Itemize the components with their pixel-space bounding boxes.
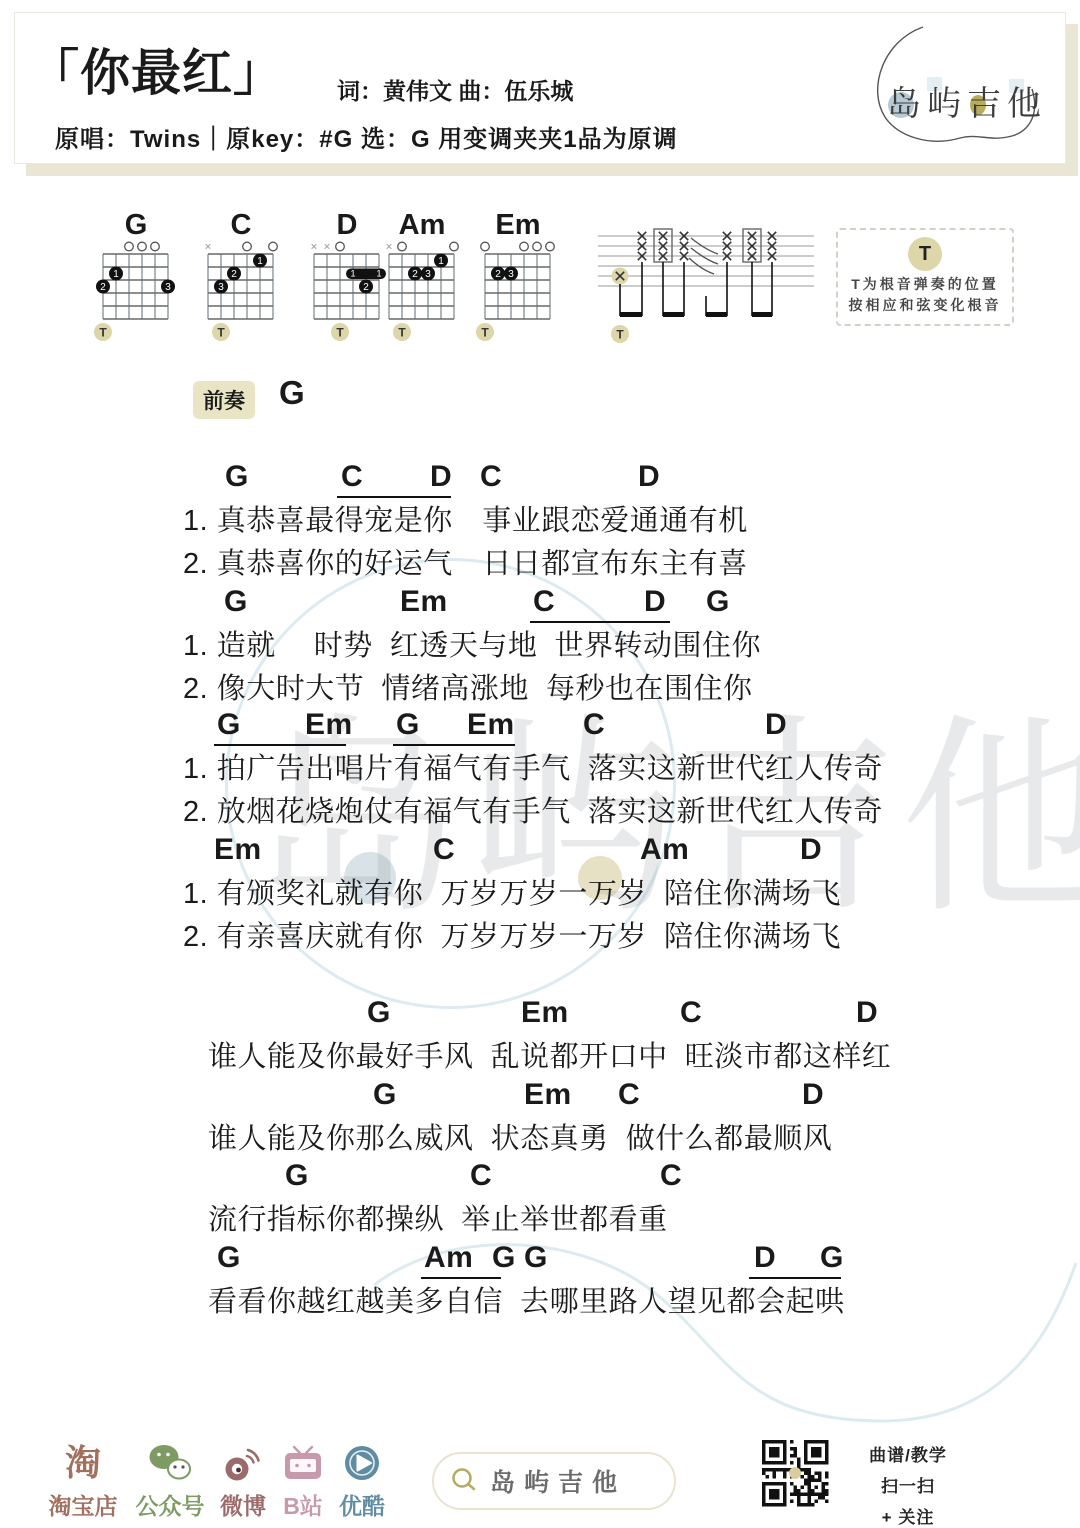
- rhythm-pattern: T: [596, 224, 826, 346]
- chord-label: Em: [521, 996, 569, 1030]
- svg-text:×: ×: [385, 240, 392, 254]
- social-link-wechat[interactable]: 公众号: [128, 1438, 212, 1521]
- chord-label: D: [800, 833, 822, 867]
- song-title: 「你最红」: [29, 33, 284, 105]
- qr-caption-line1: 曲谱/教学: [848, 1440, 968, 1471]
- t-note-line2: 按相应和弦变化根音: [838, 295, 1012, 315]
- chord-label: Am: [640, 833, 689, 867]
- svg-text:2: 2: [100, 282, 106, 293]
- qr-caption-line2: 扫一扫: [848, 1471, 968, 1502]
- svg-text:T: T: [616, 328, 624, 342]
- t-badge: T: [908, 237, 942, 271]
- chord-label: Em: [467, 708, 515, 742]
- search-icon: [450, 1466, 480, 1496]
- chord-label: Am: [424, 1241, 473, 1275]
- chord-diagram-G: G123T: [90, 210, 182, 349]
- search-text: 岛屿吉他: [490, 1463, 626, 1499]
- svg-text:3: 3: [165, 282, 171, 293]
- chord-label: C: [618, 1078, 640, 1112]
- chord-label: G: [373, 1078, 397, 1112]
- chord-label: G: [217, 708, 241, 742]
- social-label[interactable]: 公众号: [128, 1488, 212, 1521]
- chord-label: C: [533, 585, 555, 619]
- lyric-line: 2. 放烟花烧炮仗有福气有手气 落实这新世代红人传奇: [183, 789, 883, 830]
- svg-text:3: 3: [425, 269, 431, 280]
- social-label[interactable]: 淘宝店: [41, 1488, 125, 1521]
- chord-label: Em: [400, 585, 448, 619]
- chord-grid: 23T: [472, 240, 564, 344]
- root-note-legend: T T为根音弹奏的位置 按相应和弦变化根音: [836, 228, 1014, 326]
- chord-label: G: [524, 1241, 548, 1275]
- svg-text:T: T: [217, 326, 225, 340]
- chord-grid: 123T: [90, 240, 182, 344]
- chord-label: D: [430, 460, 452, 494]
- intro-chord: G: [279, 374, 305, 412]
- weibo-icon: [220, 1441, 266, 1485]
- lyric-line: 流行指标你都操纵 举止举世都看重: [208, 1197, 668, 1238]
- svg-text:3: 3: [218, 282, 224, 293]
- svg-text:2: 2: [363, 282, 369, 293]
- chord-label: C: [341, 460, 363, 494]
- lyric-line: 谁人能及你最好手风 乱说都开口中 旺淡市都这样红: [208, 1034, 891, 1075]
- youku-icon: [339, 1441, 385, 1485]
- intro-label: 前奏: [193, 381, 255, 419]
- chord-label: C: [433, 833, 455, 867]
- lyric-section: GCDCD1. 真恭喜最得宠是你 事业跟恋爱通通有机2. 真恭喜你的好运气 日日…: [0, 460, 1080, 590]
- chord-label: Em: [214, 833, 262, 867]
- social-link-youku[interactable]: 优酷: [320, 1438, 404, 1521]
- lyric-section: GAmGGDG看看你越红越美多自信 去哪里路人望见都会起哄: [0, 1241, 1080, 1371]
- chord-label: G: [285, 1159, 309, 1193]
- chord-diagram-name: Am: [376, 210, 468, 240]
- taobao-icon: 淘: [65, 1439, 101, 1487]
- song-meta: 原唱：Twins｜原key：#G 选：G 用变调夹夹1品为原调: [55, 119, 678, 154]
- chord-label: C: [470, 1159, 492, 1193]
- svg-text:1: 1: [438, 256, 444, 267]
- chord-diagram-C: C×123T: [195, 210, 287, 349]
- chord-grid: ×123T: [376, 240, 468, 344]
- lyric-section: EmCAmD1. 有颁奖礼就有你 万岁万岁一万岁 陪住你满场飞2. 有亲喜庆就有…: [0, 833, 1080, 963]
- chord-label: G: [492, 1241, 516, 1275]
- social-label[interactable]: 优酷: [320, 1488, 404, 1521]
- chord-label: D: [856, 996, 878, 1030]
- chord-label: D: [765, 708, 787, 742]
- svg-text:×: ×: [310, 240, 317, 254]
- chord-label: D: [802, 1078, 824, 1112]
- svg-text:1: 1: [350, 269, 355, 279]
- qr-code: [762, 1440, 830, 1508]
- lyric-section: GEmGEmCD1. 拍广告出唱片有福气有手气 落实这新世代红人传奇2. 放烟花…: [0, 708, 1080, 838]
- header-box: 「你最红」 词：黄伟文 曲：伍乐城 原唱：Twins｜原key：#G 选：G 用…: [14, 12, 1066, 164]
- chord-diagram-name: C: [195, 210, 287, 240]
- chord-label: G: [217, 1241, 241, 1275]
- chord-label: G: [706, 585, 730, 619]
- svg-text:2: 2: [231, 269, 237, 280]
- svg-text:3: 3: [508, 269, 514, 280]
- social-link-taobao[interactable]: 淘淘宝店: [41, 1438, 125, 1521]
- chord-label: G: [396, 708, 420, 742]
- chord-label: D: [754, 1241, 776, 1275]
- chord-sheet-page: 岛屿吉他 「你最红」 词：黄伟文 曲：伍乐城 原唱：Twins｜原key：#G …: [0, 0, 1080, 1528]
- chord-diagram-Am: Am×123T: [376, 210, 468, 349]
- lyric-line: 1. 有颁奖礼就有你 万岁万岁一万岁 陪住你满场飞: [183, 871, 841, 912]
- svg-text:1: 1: [113, 269, 119, 280]
- lyric-line: 2. 有亲喜庆就有你 万岁万岁一万岁 陪住你满场飞: [183, 914, 841, 955]
- search-box[interactable]: 岛屿吉他: [432, 1452, 676, 1510]
- chord-label: G: [224, 585, 248, 619]
- logo-text: 岛屿吉他: [887, 85, 1047, 123]
- chord-label: D: [638, 460, 660, 494]
- chord-label: C: [583, 708, 605, 742]
- svg-text:T: T: [336, 326, 344, 340]
- chord-label: C: [680, 996, 702, 1030]
- brand-logo: 岛屿吉他: [861, 19, 1051, 159]
- chord-diagram-name: Em: [472, 210, 564, 240]
- svg-text:T: T: [481, 326, 489, 340]
- lyric-line: 1. 真恭喜最得宠是你 事业跟恋爱通通有机: [183, 498, 748, 539]
- qr-caption: 曲谱/教学 扫一扫 + 关注: [848, 1440, 968, 1528]
- svg-text:T: T: [99, 326, 107, 340]
- qr-caption-line3: + 关注: [848, 1502, 968, 1528]
- svg-text:1: 1: [257, 256, 263, 267]
- chord-label: C: [480, 460, 502, 494]
- svg-text:×: ×: [323, 240, 330, 254]
- chord-label: Em: [524, 1078, 572, 1112]
- song-credits: 词：黄伟文 曲：伍乐城: [337, 73, 573, 106]
- chord-diagram-Em: Em23T: [472, 210, 564, 349]
- t-note-line1: T为根音弹奏的位置: [838, 274, 1012, 294]
- chord-label: G: [225, 460, 249, 494]
- lyric-line: 看看你越红越美多自信 去哪里路人望见都会起哄: [208, 1279, 845, 1320]
- chord-grid: ×123T: [195, 240, 287, 344]
- svg-text:×: ×: [204, 240, 211, 254]
- lyric-section: GEmCDG1. 造就 时势 红透天与地 世界转动围住你2. 像大时大节 情绪高…: [0, 585, 1080, 715]
- chord-label: D: [644, 585, 666, 619]
- lyric-line: 2. 像大时大节 情绪高涨地 每秒也在围住你: [183, 666, 752, 707]
- chord-label: C: [660, 1159, 682, 1193]
- lyric-line: 2. 真恭喜你的好运气 日日都宣布东主有喜: [183, 541, 748, 582]
- chord-label: G: [820, 1241, 844, 1275]
- svg-text:T: T: [398, 326, 406, 340]
- svg-text:2: 2: [412, 269, 418, 280]
- lyric-line: 谁人能及你那么威风 状态真勇 做什么都最顺风: [208, 1116, 832, 1157]
- chord-label: Em: [305, 708, 353, 742]
- chord-diagram-name: G: [90, 210, 182, 240]
- lyric-line: 1. 拍广告出唱片有福气有手气 落实这新世代红人传奇: [183, 746, 883, 787]
- svg-text:2: 2: [495, 269, 501, 280]
- wechat-icon: [147, 1441, 193, 1485]
- lyric-line: 1. 造就 时势 红透天与地 世界转动围住你: [183, 623, 761, 664]
- chord-label: G: [367, 996, 391, 1030]
